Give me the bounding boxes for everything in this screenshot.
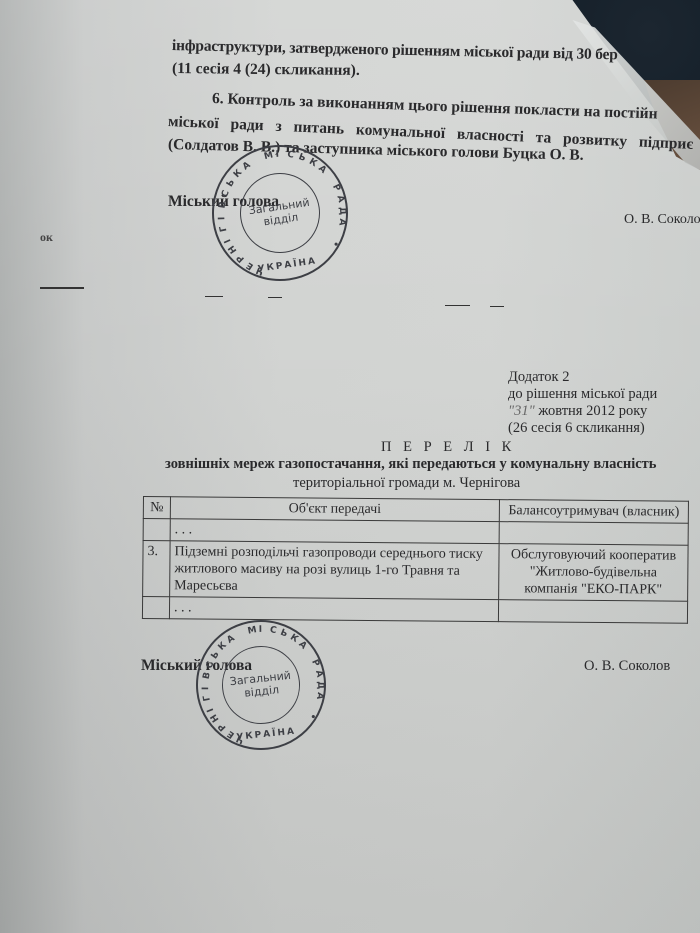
addendum-date-handwritten: "31" [508,403,535,419]
stamp-ring-char: А [313,669,324,678]
stamp-ring-char: М [247,625,258,637]
stamp-ring-char: Н [227,243,240,255]
divider-mark [445,305,470,306]
stamp-ring-char: В [218,201,229,209]
addendum-line2: до рішення міської ради [508,386,700,403]
stamp-ring-char: Г [218,225,229,233]
divider-mark [40,287,84,289]
addendum-label: Додаток 2 [508,369,700,386]
stamp-ring-char: А [316,164,328,176]
addendum-header: Додаток 2 до рішення міської ради "31" ж… [508,369,700,437]
stamp-ring-char: Д [337,207,347,216]
stamp-ring-char: А [334,194,345,203]
stamp-ring-char: • [329,239,341,249]
paragraph-5-tail-line2: (11 сесія 4 (24) скликання). [172,60,360,80]
stamp-ring-char: С [205,660,217,670]
stamp-ring-char: А [241,160,253,172]
row-number [142,597,169,619]
stamp-ring-char: А [296,639,308,651]
margin-mark: ок [40,230,53,245]
stamp-ring-char: І [259,625,262,635]
official-stamp: Загальний відділ УКРАЇНА ЧЕРНІГІВСЬКА МІ… [190,614,333,757]
row-object: . . . [170,519,499,544]
list-title: П Е Р Е Л І К [381,439,515,456]
table-row: 3. Підземні розподільчі газопроводи сере… [143,541,688,602]
stamp-ring-char: І [275,150,279,160]
stamp-ring-char: А [336,218,347,226]
header-number: № [143,497,170,519]
signature-name-bottom: О. В. Соколов [584,658,670,675]
row-number [143,519,170,541]
stamp-ring-char: Р [235,252,247,264]
divider-mark [490,306,504,307]
row-owner [498,600,687,624]
stamp-ring-char: І [217,217,227,221]
stamp-ring-char: А [225,634,236,646]
row-owner [499,522,688,546]
row-owner: Обслуговуючий кооператив "Житлово-будіве… [499,544,688,602]
row-object: . . . [169,597,498,622]
stamp-ring-char: І [201,687,211,690]
stamp-ring-char: К [217,640,229,652]
stamp-center-line2: відділ [244,683,280,700]
divider-mark [268,297,282,298]
header-owner: Балансоутримувач (власник) [499,500,688,524]
stamp-center: Загальний відділ [218,642,304,728]
stamp-ring-char: М [263,150,274,162]
stamp-ring-char: Г [202,694,213,701]
stamp-ring-char: Ь [279,628,289,640]
stamp-ring-char: С [220,189,232,199]
stamp-ring-char: • [306,711,318,721]
row-number: 3. [143,541,170,597]
signature-name-top: О. В. Соколов [624,212,700,228]
list-subtitle-line1: зовнішніх мереж газопостачання, які пере… [165,456,656,473]
stamp-ring-char: Р [330,183,342,193]
stamp-ring-char: Н [209,712,221,724]
list-subtitle-line2: територіальної громади м. Чернігова [293,475,520,492]
official-stamp: Загальний відділ УКРАЇНА ЧЕРНІГІВСЬКА МІ… [203,136,357,290]
stamp-ring-char: Ь [225,178,237,189]
stamp-ring-char: Д [315,681,325,689]
stamp-ring-char: Ь [297,152,307,164]
transfer-table: № Об'єкт передачі Балансоутримувач (влас… [142,496,689,624]
table-row: . . . [142,597,687,624]
stamp-ring-char: І [223,237,234,244]
stamp-ring-char: С [287,150,295,161]
stamp-center: Загальний відділ [235,168,325,258]
stamp-ring-char: В [202,671,213,680]
stamp-ring-char: Р [217,721,229,733]
stamp-ring-char: А [314,691,325,700]
addendum-date-rest: жовтня 2012 року [538,403,647,419]
stamp-ring-char: К [307,157,318,169]
header-object: Об'єкт передачі [170,497,499,522]
stamp-ring-char: К [232,168,244,180]
addendum-session: (26 сесія 6 скликання) [508,420,700,437]
stamp-ring-char: Р [309,658,321,668]
stamp-ring-char: Ь [210,650,222,661]
stamp-ring-char: С [269,625,277,636]
divider-mark [205,296,223,297]
row-object: Підземні розподільчі газопроводи середнь… [170,541,499,600]
